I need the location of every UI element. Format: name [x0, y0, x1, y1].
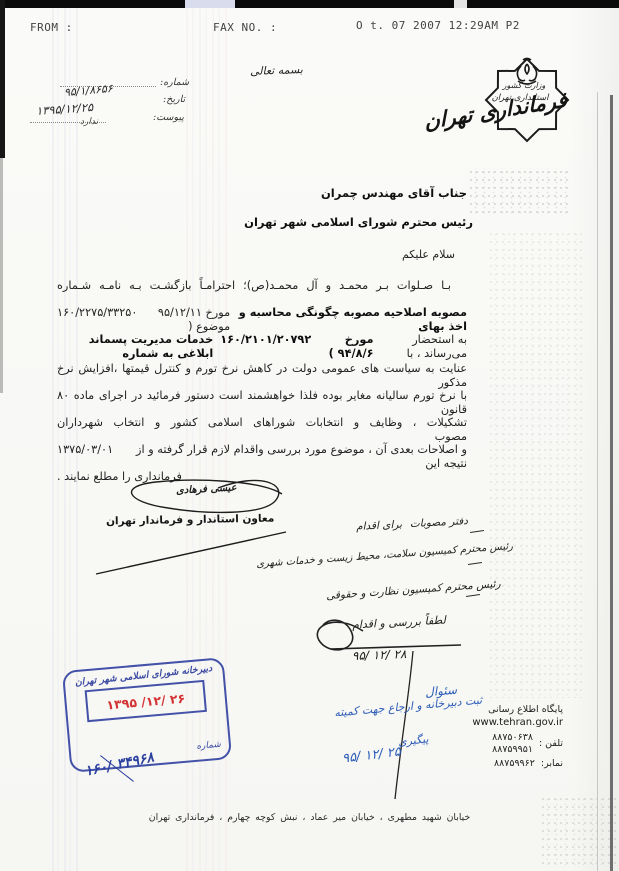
fax-top-bar-notch	[185, 0, 235, 8]
scan-noise-under-emblem	[468, 168, 570, 216]
fax-top-bar	[0, 0, 619, 8]
referral-note-3: رئیس محترم کمیسیون نظارت و حقوقی	[326, 578, 501, 602]
referral-date: ۹۵/ ۱۲/ ۲۸	[352, 647, 407, 663]
footer-address: خیابان شهید مطهری ، خیابان میر عماد ، نب…	[0, 812, 619, 823]
body-line-7-number: ۱۳۷۵/۰۳/۰۱	[57, 443, 113, 457]
contact-phone-1: ۸۸۷۵۰۶۳۸	[492, 732, 533, 744]
stamp-date: ۱۳۹۵ /۱۲/ ۲۶	[106, 690, 186, 712]
contact-fax-number: ۸۸۷۵۹۹۶۲	[494, 758, 535, 769]
besmele: بسمه تعالی	[250, 63, 303, 78]
meta-attachment-value: ندارد	[80, 117, 98, 127]
recipient-title: رئیس محترم شورای اسلامی شهر تهران	[244, 215, 473, 229]
referral-dash	[468, 562, 482, 565]
page-edge-line-inner	[597, 92, 598, 871]
body-line-2-number: ۱۶۰/۲۲۷۵/۳۳۲۵۰	[57, 306, 137, 320]
stamp-number-value: ۱۶۰/ ۳۴۹۶۸	[83, 749, 155, 779]
scan-noise-right-band	[488, 230, 583, 698]
referral-dash	[470, 530, 484, 533]
scanned-fax-document: FROM : FAX NO. : O t. 07 2007 12:29AM P2…	[0, 0, 619, 871]
fax-top-bar-notch	[454, 0, 467, 8]
council-stamp: دبیرخانه شورای اسلامی شهر تهران ۱۳۹۵ /۱۲…	[62, 657, 232, 773]
contact-website: www.tehran.gov.ir	[440, 717, 563, 728]
body-line-3-rest: به استحضار می‌رساند ، با	[374, 333, 467, 361]
body-line-6: تشکیلات ، وظایف و انتخابات شوراهای اسلام…	[57, 416, 467, 444]
letterhead-ministry: وزارت کشور	[498, 81, 550, 90]
contact-website-label: پایگاه اطلاع رسانی	[440, 704, 563, 715]
meta-number-value: ۹۵/۱/۸۶۵۶	[64, 82, 114, 99]
scan-left-edge-fade	[0, 158, 3, 393]
meta-date-label: تاریخ:	[163, 94, 185, 105]
body-line-2-bold: مصوبه اصلاحیه مصوبه چگونگی محاسبه و اخذ …	[230, 306, 467, 334]
body-line-2-mid: مورخ ۹۵/۱۲/۱۱ موضوع (	[144, 306, 230, 334]
contact-block: پایگاه اطلاع رسانی www.tehran.gov.ir تلف…	[440, 704, 563, 769]
contact-phone-label: تلفن :	[539, 738, 563, 749]
body-line-3-bold-number: ۱۶۰/۲۱۰۱/۲۰۷۹۲	[220, 333, 311, 347]
contact-phone-2: ۸۸۷۵۹۹۵۱	[492, 744, 533, 756]
fax-from-label: FROM :	[30, 21, 73, 34]
meta-date-value: ۱۳۹۵/۱۲/۲۵	[36, 100, 94, 118]
referral-note-1-action: برای اقدام	[356, 519, 403, 533]
scan-left-edge	[0, 0, 5, 158]
recipient-name: جناب آقای مهندس چمران	[321, 186, 467, 200]
referral-note-1-dept: دفتر مصوبات	[410, 515, 469, 530]
salutation: سلام علیکم	[402, 248, 455, 261]
scan-noise-bottom-right	[540, 795, 616, 865]
fax-datetime: O t. 07 2007 12:29AM P2	[356, 19, 520, 32]
body-line-5: با نرخ تورم سالیانه مغایر بوده فلذا خواه…	[57, 389, 467, 417]
body-line-3-bold-text: خدمات مدیریت پسماند ابلاغی به شماره	[57, 333, 213, 361]
body-line-3-bold-date: مورخ ۹۴/۸/۶ )	[318, 333, 373, 361]
body-line-3: خدمات مدیریت پسماند ابلاغی به شماره ۱۶۰/…	[57, 333, 467, 361]
contact-fax-label: نمابر:	[541, 758, 563, 769]
body-line-2: ۱۶۰/۲۲۷۵/۳۳۲۵۰ مورخ ۹۵/۱۲/۱۱ موضوع ( مصو…	[57, 306, 467, 334]
fax-number-label: FAX NO. :	[213, 21, 277, 34]
meta-number-label: شماره:	[160, 77, 189, 88]
body-line-1: بـا صـلوات بـر محمـد و آل محمـد(ص)؛ احتر…	[57, 279, 451, 293]
body-line-4: عنایت به سیاست های عمومی دولت در کاهش نر…	[57, 362, 467, 390]
referral-dash	[466, 594, 480, 597]
stamp-date-box: ۱۳۹۵ /۱۲/ ۲۶	[85, 680, 207, 722]
stamp-number-label: شماره	[196, 740, 221, 752]
page-edge-line-outer	[610, 95, 613, 871]
referral-note-1: دفتر مصوبات برای اقدام	[356, 515, 468, 533]
meta-attachment-label: پیوست:	[153, 112, 184, 123]
